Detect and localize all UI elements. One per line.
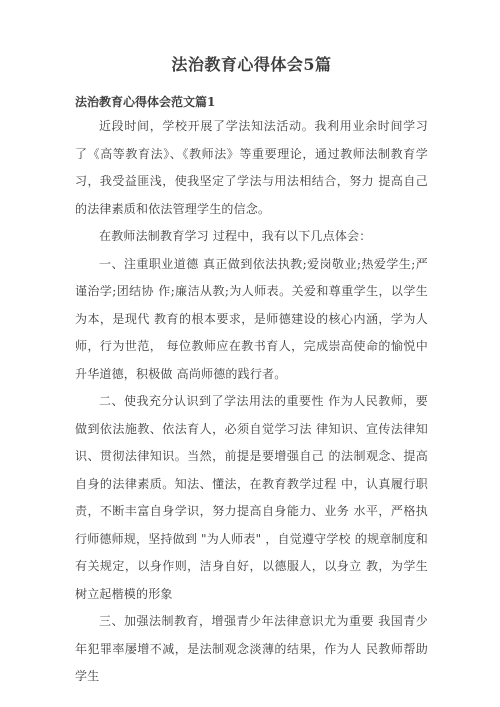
document-body: 近段时间，学校开展了学法知法活动。我利用业余时间学习了《高等教育法》、《教师法》… xyxy=(75,113,428,691)
section-heading: 法治教育心得体会范文篇1 xyxy=(75,93,428,111)
paragraph: 在教师法制教育学习 过程中，我有以下几点体会： xyxy=(75,223,428,251)
paragraph: 一、注重职业道德 真正做到依法执教;爱岗敬业;热爱学生;严谨治学;团结协 作;廉… xyxy=(75,251,428,389)
paragraph: 二、使我充分认识到了学法用法的重要性 作为人民教师，要做到依法施教、依法育人，必… xyxy=(75,388,428,608)
document-title: 法治教育心得体会5篇 xyxy=(75,52,428,78)
document-page: 法治教育心得体会5篇 法治教育心得体会范文篇1 近段时间，学校开展了学法知法活动… xyxy=(0,0,500,707)
paragraph: 三、加强法制教育，增强青少年法律意识尤为重要 我国青少年犯罪率屡增不减，是法制观… xyxy=(75,608,428,691)
paragraph: 近段时间，学校开展了学法知法活动。我利用业余时间学习了《高等教育法》、《教师法》… xyxy=(75,113,428,223)
